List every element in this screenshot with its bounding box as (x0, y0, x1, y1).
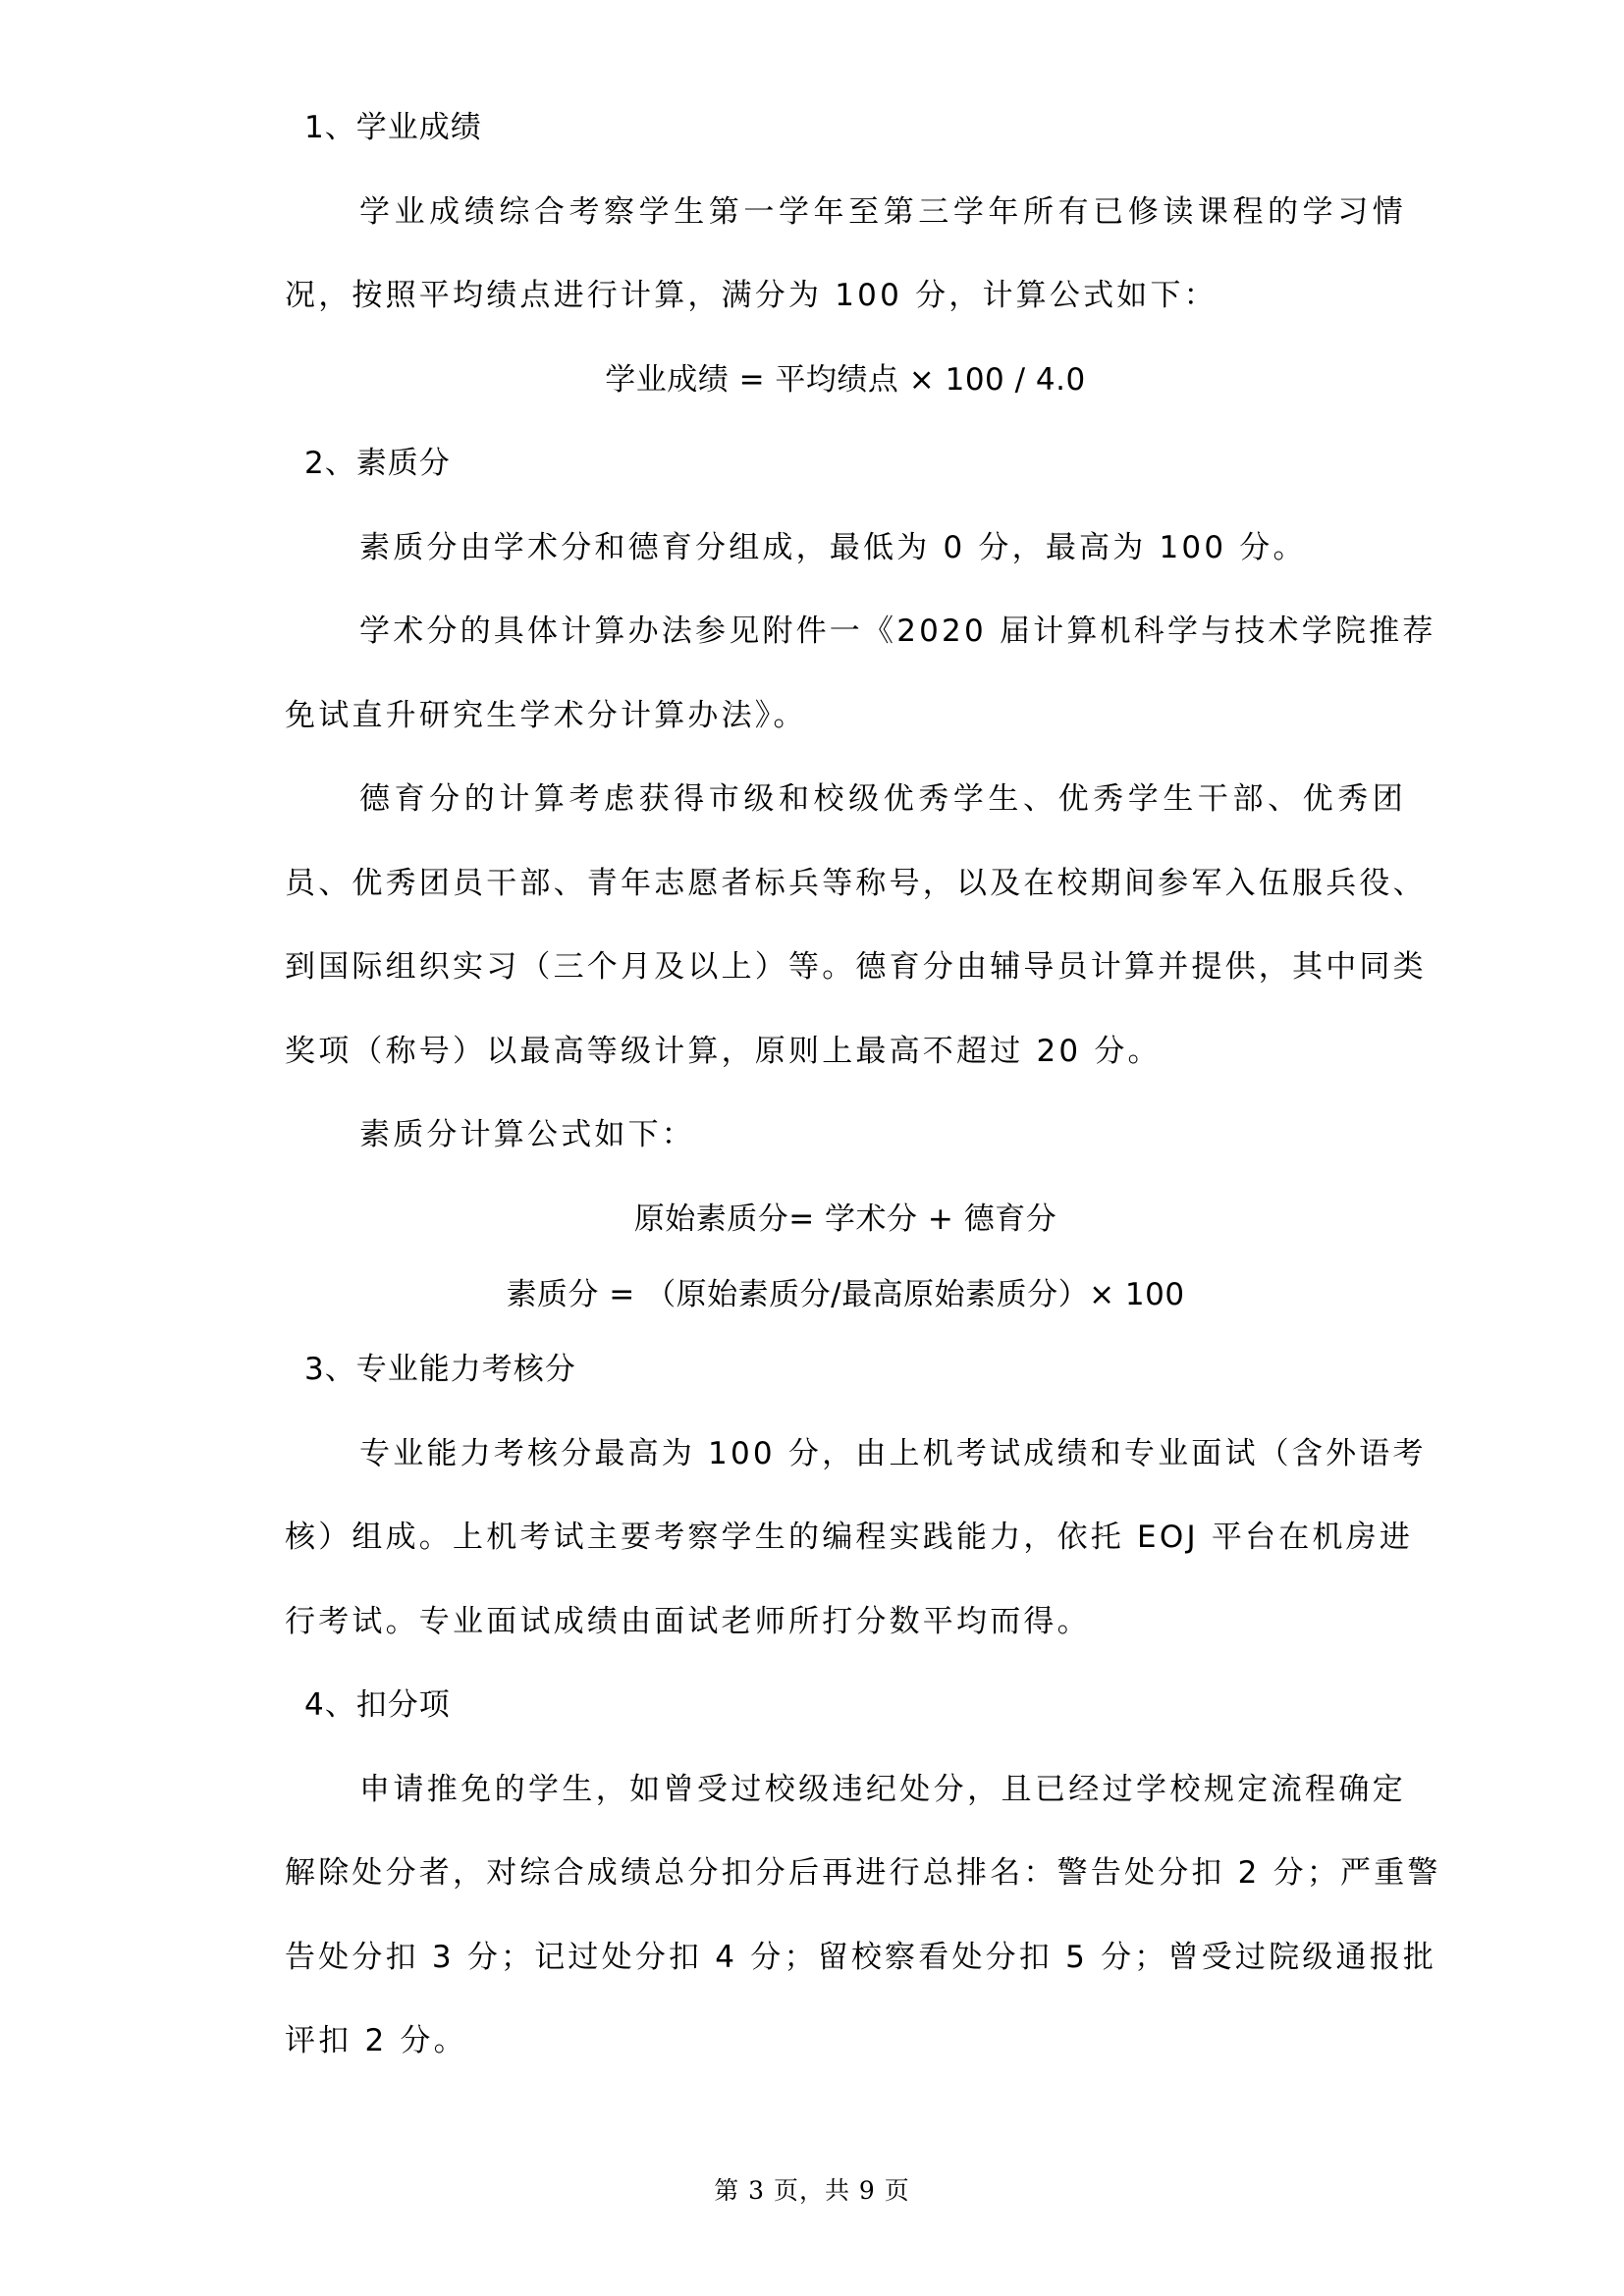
paragraph-line: 解除处分者，对综合成绩总分扣分后再进行总排名：警告处分扣 2 分；严重警 (285, 1845, 1406, 1930)
section-heading-professional-ability: 3、专业能力考核分 (285, 1342, 1406, 1426)
paragraph-line: 评扣 2 分。 (285, 2013, 1406, 2098)
formula-raw-quality-score: 原始素质分= 学术分 + 德育分 (285, 1192, 1406, 1276)
page-content: 1、学业成绩 学业成绩综合考察学生第一学年至第三学年所有已修读课程的学习情 况，… (285, 100, 1406, 2098)
section-heading-quality-score: 2、素质分 (285, 436, 1406, 520)
paragraph-line: 素质分计算公式如下： (285, 1107, 1406, 1192)
paragraph-line: 行考试。专业面试成绩由面试老师所打分数平均而得。 (285, 1594, 1406, 1679)
paragraph-line: 免试直升研究生学术分计算办法》。 (285, 688, 1406, 773)
document-page: 1、学业成绩 学业成绩综合考察学生第一学年至第三学年所有已修读课程的学习情 况，… (0, 0, 1624, 2296)
section-heading-deductions: 4、扣分项 (285, 1678, 1406, 1762)
formula-quality-score: 素质分 = （原始素质分/最高原始素质分）× 100 (285, 1275, 1406, 1342)
paragraph-line: 申请推免的学生，如曾受过校级违纪处分，且已经过学校规定流程确定 (285, 1762, 1406, 1846)
paragraph-line: 告处分扣 3 分；记过处分扣 4 分；留校察看处分扣 5 分；曾受过院级通报批 (285, 1930, 1406, 2014)
paragraph-line: 德育分的计算考虑获得市级和校级优秀学生、优秀学生干部、优秀团 (285, 772, 1406, 856)
paragraph-line: 奖项（称号）以最高等级计算，原则上最高不超过 20 分。 (285, 1024, 1406, 1108)
paragraph-line: 学术分的具体计算办法参见附件一《2020 届计算机科学与技术学院推荐 (285, 604, 1406, 688)
paragraph-line: 到国际组织实习（三个月及以上）等。德育分由辅导员计算并提供，其中同类 (285, 939, 1406, 1024)
formula-academic-score: 学业成绩 = 平均绩点 × 100 / 4.0 (285, 352, 1406, 437)
paragraph-line: 员、优秀团员干部、青年志愿者标兵等称号，以及在校期间参军入伍服兵役、 (285, 856, 1406, 940)
page-number-footer: 第 3 页，共 9 页 (0, 2171, 1624, 2207)
paragraph-line: 专业能力考核分最高为 100 分，由上机考试成绩和专业面试（含外语考 (285, 1426, 1406, 1511)
paragraph-line: 核）组成。上机考试主要考察学生的编程实践能力，依托 EOJ 平台在机房进 (285, 1510, 1406, 1594)
section-heading-academic-score: 1、学业成绩 (285, 100, 1406, 185)
paragraph-line: 况，按照平均绩点进行计算，满分为 100 分，计算公式如下： (285, 268, 1406, 352)
paragraph-line: 素质分由学术分和德育分组成，最低为 0 分，最高为 100 分。 (285, 520, 1406, 605)
paragraph-line: 学业成绩综合考察学生第一学年至第三学年所有已修读课程的学习情 (285, 185, 1406, 269)
